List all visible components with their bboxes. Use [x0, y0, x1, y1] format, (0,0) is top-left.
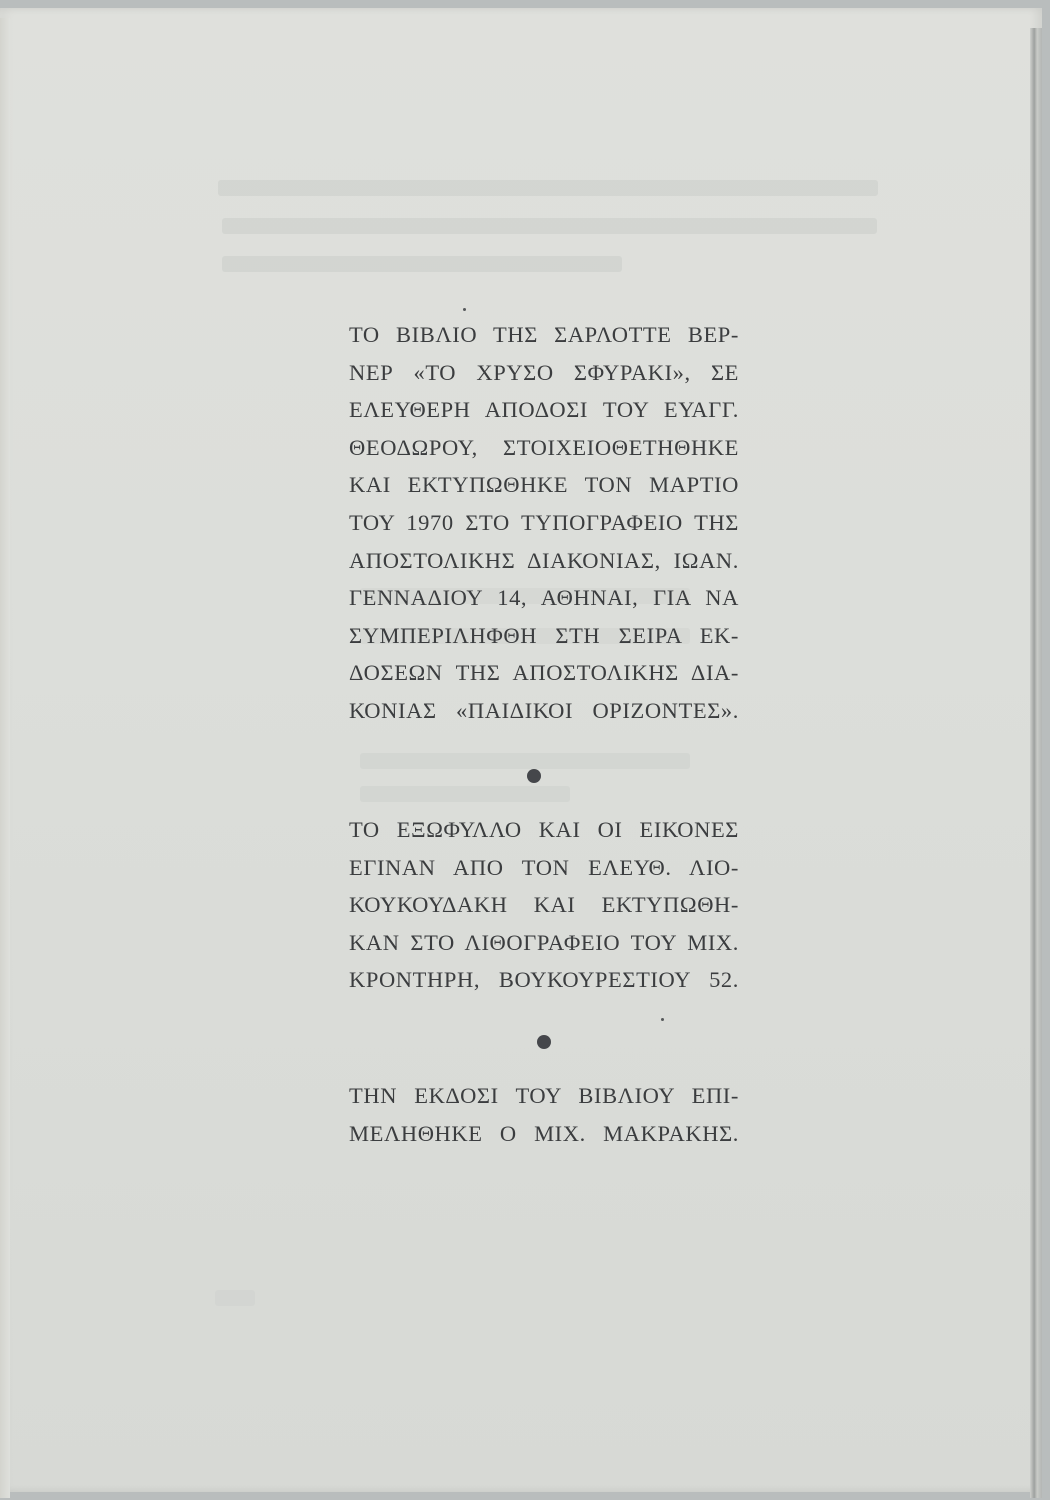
- page-left-edge: [0, 18, 10, 1498]
- colophon-text-2: ΤΟ ΕΞΩΦΥΛΛΟ ΚΑΙ ΟΙ ΕΙΚΟΝΕΣ ΕΓΙΝΑΝ ΑΠΟ ΤΟ…: [349, 811, 739, 999]
- paper-speck: [661, 1018, 664, 1021]
- colophon-text: ΤΟ ΒΙΒΛΙΟ ΤΗΣ ΣΑΡΛΟΤΤΕ ΒΕΡ- ΝΕΡ «ΤΟ ΧΡΥΣ…: [349, 316, 739, 730]
- colophon-text-3: ΤΗΝ ΕΚΔΟΣΙ ΤΟΥ ΒΙΒΛΙΟΥ ΕΠΙ- ΜΕΛΗΘΗΚΕ Ο Μ…: [349, 1077, 739, 1152]
- bullet-dot-icon: [537, 1035, 551, 1049]
- text-line: ΤΗΝ ΕΚΔΟΣΙ ΤΟΥ ΒΙΒΛΙΟΥ ΕΠΙ-: [349, 1077, 739, 1115]
- text-line: ΤΟ ΕΞΩΦΥΛΛΟ ΚΑΙ ΟΙ ΕΙΚΟΝΕΣ: [349, 811, 739, 849]
- printing-info-block: ΤΟ ΒΙΒΛΙΟ ΤΗΣ ΣΑΡΛΟΤΤΕ ΒΕΡ- ΝΕΡ «ΤΟ ΧΡΥΣ…: [349, 316, 739, 730]
- text-line: ΔΟΣΕΩΝ ΤΗΣ ΑΠΟΣΤΟΛΙΚΗΣ ΔΙΑ-: [349, 654, 739, 692]
- text-line: ΤΟ ΒΙΒΛΙΟ ΤΗΣ ΣΑΡΛΟΤΤΕ ΒΕΡ-: [349, 316, 739, 354]
- text-line: ΚΑΝ ΣΤΟ ΛΙΘΟΓΡΑΦΕΙΟ ΤΟΥ ΜΙΧ.: [349, 924, 739, 962]
- book-page: [0, 8, 1042, 1492]
- page-right-edge: [1030, 28, 1042, 1498]
- text-line: ΚΟΥΚΟΥΔΑΚΗ ΚΑΙ ΕΚΤΥΠΩΘΗ-: [349, 886, 739, 924]
- illustration-info-block: ΤΟ ΕΞΩΦΥΛΛΟ ΚΑΙ ΟΙ ΕΙΚΟΝΕΣ ΕΓΙΝΑΝ ΑΠΟ ΤΟ…: [349, 811, 739, 999]
- text-line: ΓΕΝΝΑΔΙΟΥ 14, ΑΘΗΝΑΙ, ΓΙΑ ΝΑ: [349, 579, 739, 617]
- text-line: ΚΑΙ ΕΚΤΥΠΩΘΗΚΕ ΤΟΝ ΜΑΡΤΙΟ: [349, 466, 739, 504]
- editor-info-block: ΤΗΝ ΕΚΔΟΣΙ ΤΟΥ ΒΙΒΛΙΟΥ ΕΠΙ- ΜΕΛΗΘΗΚΕ Ο Μ…: [349, 1077, 739, 1152]
- text-line: ΤΟΥ 1970 ΣΤΟ ΤΥΠΟΓΡΑΦΕΙΟ ΤΗΣ: [349, 504, 739, 542]
- text-line: ΣΥΜΠΕΡΙΛΗΦΘΗ ΣΤΗ ΣΕΙΡΑ ΕΚ-: [349, 617, 739, 655]
- text-line: ΕΛΕΥΘΕΡΗ ΑΠΟΔΟΣΙ ΤΟΥ ΕΥΑΓΓ.: [349, 391, 739, 429]
- text-line: ΝΕΡ «ΤΟ ΧΡΥΣΟ ΣΦΥΡΑΚΙ», ΣΕ: [349, 354, 739, 392]
- paper-speck: [463, 308, 466, 311]
- text-line: ΕΓΙΝΑΝ ΑΠΟ ΤΟΝ ΕΛΕΥΘ. ΛΙΟ-: [349, 849, 739, 887]
- text-line: ΜΕΛΗΘΗΚΕ Ο ΜΙΧ. ΜΑΚΡΑΚΗΣ.: [349, 1115, 739, 1153]
- text-line: ΘΕΟΔΩΡΟΥ, ΣΤΟΙΧΕΙΟΘΕΤΗΘΗΚΕ: [349, 429, 739, 467]
- text-line: ΚΟΝΙΑΣ «ΠΑΙΔΙΚΟΙ ΟΡΙΖΟΝΤΕΣ».: [349, 692, 739, 730]
- text-line: ΑΠΟΣΤΟΛΙΚΗΣ ΔΙΑΚΟΝΙΑΣ, ΙΩΑΝ.: [349, 542, 739, 580]
- bullet-dot-icon: [527, 769, 541, 783]
- text-line: ΚΡΟΝΤΗΡΗ, ΒΟΥΚΟΥΡΕΣΤΙΟΥ 52.: [349, 961, 739, 999]
